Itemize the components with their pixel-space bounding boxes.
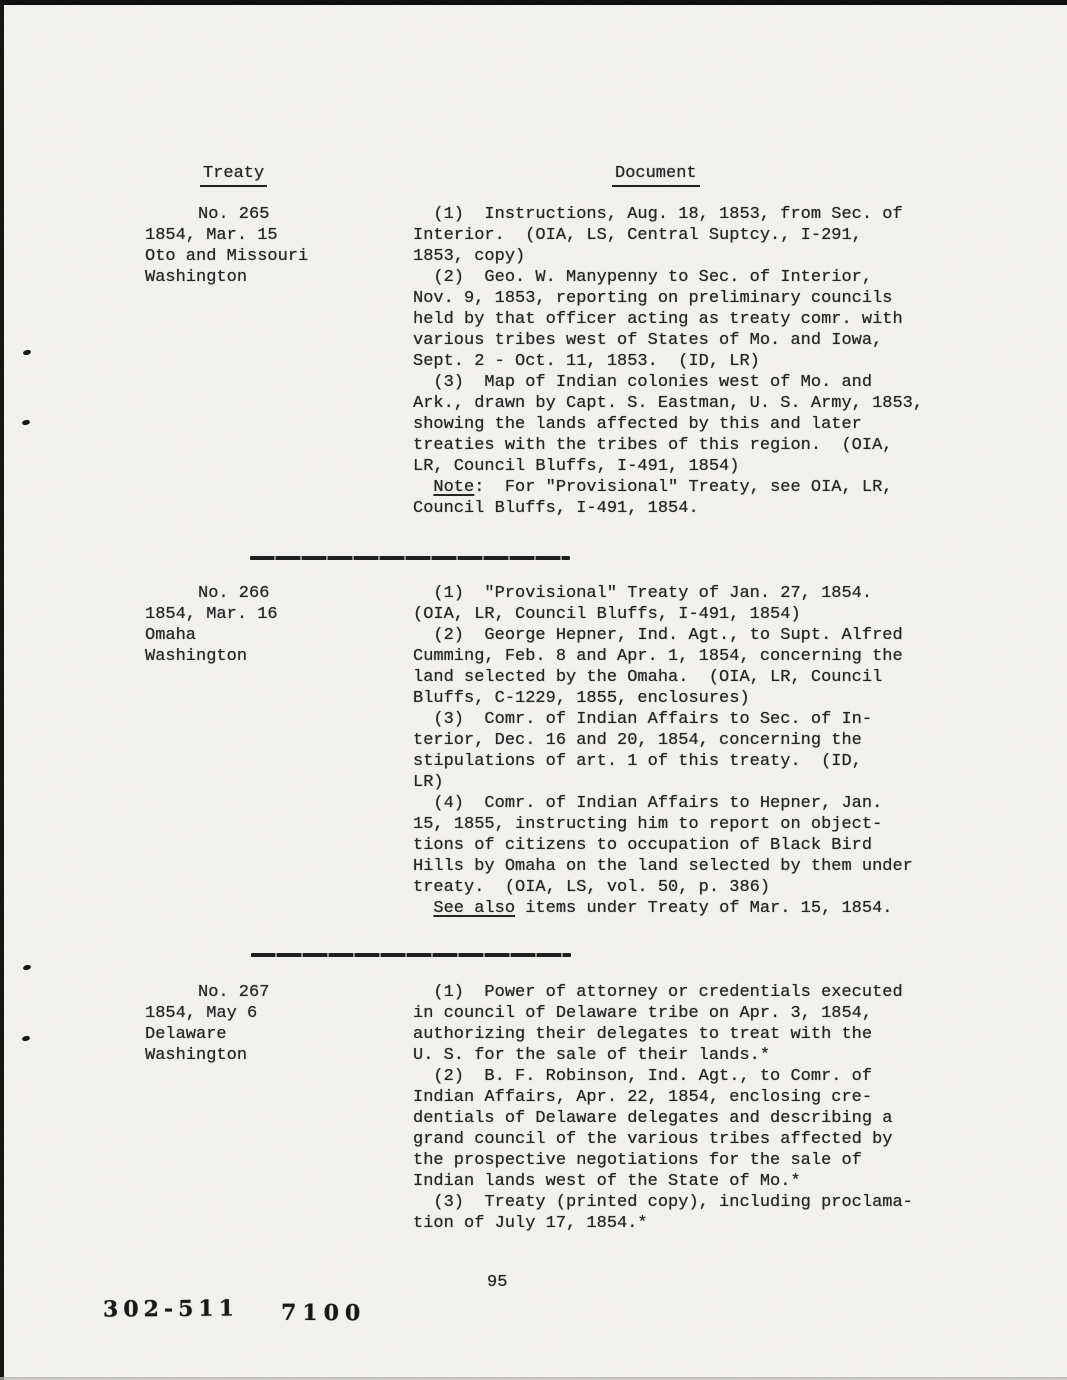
scanned-document-page: Treaty Document No. 2651854, Mar. 15Oto … xyxy=(0,0,1067,1380)
document-line: (3) Map of Indian colonies west of Mo. a… xyxy=(413,372,973,393)
document-line: (2) B. F. Robinson, Ind. Agt., to Comr. … xyxy=(413,1066,973,1087)
document-line: Indian lands west of the State of Mo.* xyxy=(413,1171,973,1192)
punch-mark xyxy=(22,1035,31,1042)
document-line: (3) Comr. of Indian Affairs to Sec. of I… xyxy=(413,709,973,730)
document-line: authorizing their delegates to treat wit… xyxy=(413,1024,973,1045)
treaty-column-header: Treaty xyxy=(200,163,267,187)
document-line: Sept. 2 - Oct. 11, 1853. (ID, LR) xyxy=(413,351,973,372)
document-column-header: Document xyxy=(612,163,700,187)
document-line: held by that officer acting as treaty co… xyxy=(413,309,973,330)
document-line: 1853, copy) xyxy=(413,246,973,267)
document-lines: (1) Power of attorney or credentials exe… xyxy=(413,982,973,1234)
treaty-number: No. 267 xyxy=(145,982,405,1003)
underlined-label: Note xyxy=(433,478,474,497)
underlined-label: See also xyxy=(433,899,515,918)
treaty-date: 1854, Mar. 16 xyxy=(145,604,405,625)
treaty-info: No. 2651854, Mar. 15Oto and MissouriWash… xyxy=(145,204,405,288)
document-line: terior, Dec. 16 and 20, 1854, concerning… xyxy=(413,730,973,751)
document-lines: (1) "Provisional" Treaty of Jan. 27, 185… xyxy=(413,583,973,919)
document-line: showing the lands affected by this and l… xyxy=(413,414,973,435)
document-line: U. S. for the sale of their lands.* xyxy=(413,1045,973,1066)
punch-mark xyxy=(22,419,31,426)
document-line: (OIA, LR, Council Bluffs, I-491, 1854) xyxy=(413,604,973,625)
scan-edge-left xyxy=(0,0,4,1380)
batch-stamp: 7100 xyxy=(281,1302,366,1324)
treaty-tribe: Delaware xyxy=(145,1024,405,1045)
document-line: the prospective negotiations for the sal… xyxy=(413,1150,973,1171)
treaty-entry: No. 2661854, Mar. 16OmahaWashington (1) … xyxy=(145,583,186,667)
document-line: treaty. (OIA, LS, vol. 50, p. 386) xyxy=(413,877,973,898)
treaty-place: Washington xyxy=(145,1045,405,1066)
document-line: (1) Power of attorney or credentials exe… xyxy=(413,982,973,1003)
treaty-entry: No. 2651854, Mar. 15Oto and MissouriWash… xyxy=(145,204,186,288)
document-line: various tribes west of States of Mo. and… xyxy=(413,330,973,351)
treaty-info: No. 2661854, Mar. 16OmahaWashington xyxy=(145,583,405,667)
punch-mark xyxy=(23,349,32,356)
treaty-date: 1854, May 6 xyxy=(145,1003,405,1024)
document-line: Bluffs, C-1229, 1855, enclosures) xyxy=(413,688,973,709)
document-line: Indian Affairs, Apr. 22, 1854, enclosing… xyxy=(413,1087,973,1108)
document-lines: (1) Instructions, Aug. 18, 1853, from Se… xyxy=(413,204,973,519)
document-line: Interior. (OIA, LS, Central Suptcy., I-2… xyxy=(413,225,973,246)
document-line: Note: For "Provisional" Treaty, see OIA,… xyxy=(413,477,973,498)
treaty-number: No. 265 xyxy=(145,204,405,225)
document-line: See also items under Treaty of Mar. 15, … xyxy=(413,898,973,919)
document-line: grand council of the various tribes affe… xyxy=(413,1129,973,1150)
document-line: Cumming, Feb. 8 and Apr. 1, 1854, concer… xyxy=(413,646,973,667)
document-line: Council Bluffs, I-491, 1854. xyxy=(413,498,973,519)
document-line: tion of July 17, 1854.* xyxy=(413,1213,973,1234)
document-line: (1) "Provisional" Treaty of Jan. 27, 185… xyxy=(413,583,973,604)
punch-mark xyxy=(23,964,32,971)
document-line: (3) Treaty (printed copy), including pro… xyxy=(413,1192,973,1213)
treaty-date: 1854, Mar. 15 xyxy=(145,225,405,246)
treaty-tribe: Oto and Missouri xyxy=(145,246,405,267)
document-line: (2) Geo. W. Manypenny to Sec. of Interio… xyxy=(413,267,973,288)
document-line: dentials of Delaware delegates and descr… xyxy=(413,1108,973,1129)
document-line: (2) George Hepner, Ind. Agt., to Supt. A… xyxy=(413,625,973,646)
scan-edge-top xyxy=(0,0,1067,5)
treaty-entry: No. 2671854, May 6DelawareWashington (1)… xyxy=(145,982,186,1066)
treaty-place: Washington xyxy=(145,646,405,667)
page-number: 95 xyxy=(487,1272,507,1293)
document-line: LR, Council Bluffs, I-491, 1854) xyxy=(413,456,973,477)
classification-stamp: 302-511 xyxy=(103,1298,239,1321)
document-line: tions of citizens to occupation of Black… xyxy=(413,835,973,856)
treaty-number: No. 266 xyxy=(145,583,405,604)
document-line: treaties with the tribes of this region.… xyxy=(413,435,973,456)
document-line: stipulations of art. 1 of this treaty. (… xyxy=(413,751,973,772)
document-line: land selected by the Omaha. (OIA, LR, Co… xyxy=(413,667,973,688)
treaty-info: No. 2671854, May 6DelawareWashington xyxy=(145,982,405,1066)
document-line: Ark., drawn by Capt. S. Eastman, U. S. A… xyxy=(413,393,973,414)
treaty-tribe: Omaha xyxy=(145,625,405,646)
document-line: 15, 1855, instructing him to report on o… xyxy=(413,814,973,835)
document-line: (4) Comr. of Indian Affairs to Hepner, J… xyxy=(413,793,973,814)
document-line: Nov. 9, 1853, reporting on preliminary c… xyxy=(413,288,973,309)
document-line: Hills by Omaha on the land selected by t… xyxy=(413,856,973,877)
treaty-place: Washington xyxy=(145,267,405,288)
document-line: LR) xyxy=(413,772,973,793)
entry-divider xyxy=(251,953,571,957)
entry-divider xyxy=(250,556,570,560)
document-line: (1) Instructions, Aug. 18, 1853, from Se… xyxy=(413,204,973,225)
document-line: in council of Delaware tribe on Apr. 3, … xyxy=(413,1003,973,1024)
